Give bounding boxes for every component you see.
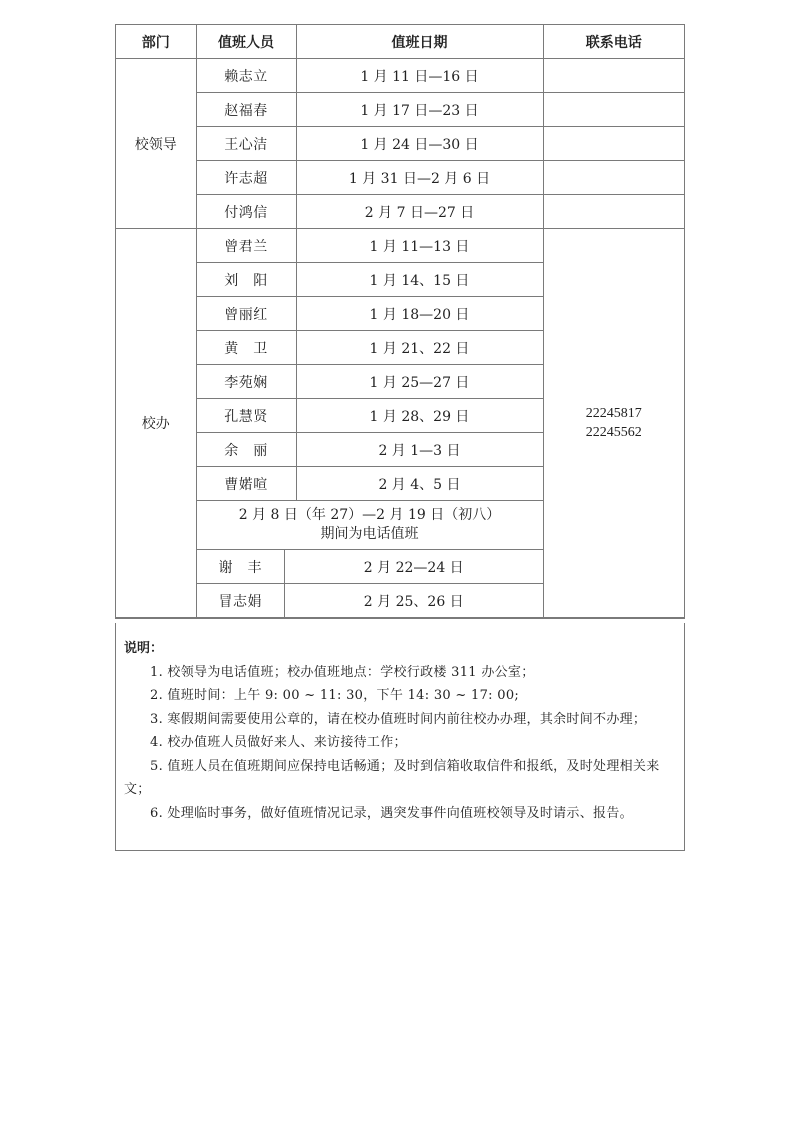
duty-dates: 1 月 28、29 日: [296, 399, 543, 433]
late-row-container: 谢 丰 2 月 22—24 日: [196, 550, 543, 584]
header-department: 部门: [116, 25, 196, 59]
phone-duty-dates: 2 月 8 日（年 27）—2 月 19 日（初八）: [197, 506, 543, 525]
staff-name: 谢 丰: [197, 550, 285, 583]
note-item: 2. 值班时间：上午 9: 00 ~ 11: 30，下午 14: 30 ~ 17…: [124, 684, 678, 708]
duty-dates: 1 月 18—20 日: [296, 297, 543, 331]
phone-cell: [543, 195, 684, 229]
staff-name: 李苑娴: [196, 365, 296, 399]
staff-name: 刘 阳: [196, 263, 296, 297]
table-row: 赵福春 1 月 17 日—23 日: [116, 93, 684, 127]
document-page: 部门 值班人员 值班日期 联系电话 校领导 赖志立 1 月 11 日—16 日 …: [0, 0, 799, 1131]
duty-dates: 2 月 22—24 日: [285, 550, 543, 583]
staff-name: 曹婼喧: [196, 467, 296, 501]
staff-name: 赖志立: [196, 59, 296, 93]
department-cell-office: 校办: [116, 229, 196, 618]
note-item: 6. 处理临时事务，做好值班情况记录，遇突发事件向值班校领导及时请示、报告。: [124, 802, 678, 826]
phone-cell: [543, 59, 684, 93]
header-staff: 值班人员: [196, 25, 296, 59]
staff-name: 付鸿信: [196, 195, 296, 229]
staff-name: 王心洁: [196, 127, 296, 161]
office-phone-cell: 22245817 22245562: [543, 229, 684, 618]
staff-name: 曾君兰: [196, 229, 296, 263]
table-row: 许志超 1 月 31 日—2 月 6 日: [116, 161, 684, 195]
duty-dates: 1 月 11—13 日: [296, 229, 543, 263]
phone-duty-period: 2 月 8 日（年 27）—2 月 19 日（初八） 期间为电话值班: [196, 501, 543, 550]
notes-title: 说明：: [124, 637, 678, 661]
duty-dates: 2 月 1—3 日: [296, 433, 543, 467]
duty-schedule-table: 部门 值班人员 值班日期 联系电话 校领导 赖志立 1 月 11 日—16 日 …: [115, 24, 685, 619]
header-dates: 值班日期: [296, 25, 543, 59]
staff-name: 孔慧贤: [196, 399, 296, 433]
duty-dates: 1 月 31 日—2 月 6 日: [296, 161, 543, 195]
department-cell-leaders: 校领导: [116, 59, 196, 229]
staff-name: 黄 卫: [196, 331, 296, 365]
duty-dates: 1 月 21、22 日: [296, 331, 543, 365]
phone-number: 22245817: [544, 404, 685, 423]
notes-section: 说明： 1. 校领导为电话值班；校办值班地点：学校行政楼 311 办公室； 2.…: [115, 623, 685, 851]
note-item: 1. 校领导为电话值班；校办值班地点：学校行政楼 311 办公室；: [124, 661, 678, 685]
note-item: 4. 校办值班人员做好来人、来访接待工作；: [124, 731, 678, 755]
header-phone: 联系电话: [543, 25, 684, 59]
table-row: 校办 曾君兰 1 月 11—13 日 22245817 22245562: [116, 229, 684, 263]
duty-dates: 1 月 17 日—23 日: [296, 93, 543, 127]
duty-dates: 1 月 14、15 日: [296, 263, 543, 297]
staff-name: 许志超: [196, 161, 296, 195]
phone-number: 22245562: [544, 423, 685, 442]
duty-dates: 1 月 24 日—30 日: [296, 127, 543, 161]
phone-duty-note: 期间为电话值班: [197, 525, 543, 544]
phone-cell: [543, 127, 684, 161]
table-row: 付鸿信 2 月 7 日—27 日: [116, 195, 684, 229]
duty-dates: 1 月 25—27 日: [296, 365, 543, 399]
note-item: 5. 值班人员在值班期间应保持电话畅通；及时到信箱收取信件和报纸，及时处理相关来…: [124, 755, 678, 802]
duty-dates: 2 月 25、26 日: [285, 584, 543, 617]
table-header-row: 部门 值班人员 值班日期 联系电话: [116, 25, 684, 59]
staff-name: 冒志娟: [197, 584, 285, 617]
table-row: 校领导 赖志立 1 月 11 日—16 日: [116, 59, 684, 93]
note-item: 3. 寒假期间需要使用公章的，请在校办值班时间内前往校办办理，其余时间不办理；: [124, 708, 678, 732]
staff-name: 余 丽: [196, 433, 296, 467]
table-row: 王心洁 1 月 24 日—30 日: [116, 127, 684, 161]
phone-cell: [543, 161, 684, 195]
late-row-container: 冒志娟 2 月 25、26 日: [196, 584, 543, 618]
duty-dates: 2 月 7 日—27 日: [296, 195, 543, 229]
staff-name: 赵福春: [196, 93, 296, 127]
phone-cell: [543, 93, 684, 127]
duty-dates: 1 月 11 日—16 日: [296, 59, 543, 93]
duty-dates: 2 月 4、5 日: [296, 467, 543, 501]
staff-name: 曾丽红: [196, 297, 296, 331]
